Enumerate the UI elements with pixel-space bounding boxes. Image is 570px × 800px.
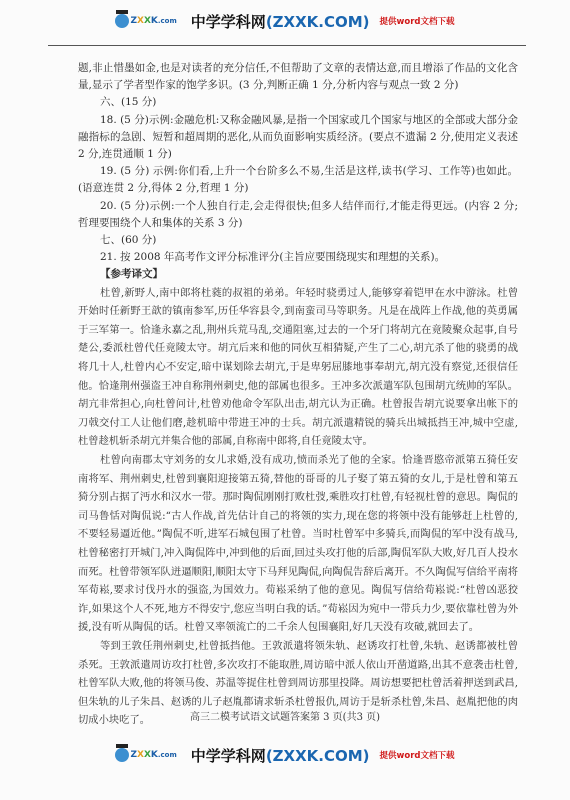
answer-continuation: 题,非止惜墨如金,也是对读者的充分信任,不但帮助了文章的表情达意,而且增添了作品… xyxy=(78,60,518,94)
site-name: 中学学科网(ZXXK.COM) xyxy=(191,745,370,766)
translation-paragraph-1: 杜曾,新野人,南中郎将杜蕤的叔祖的弟弟。年轻时骁勇过人,能够穿着铠甲在水中游泳。… xyxy=(78,284,518,451)
section-heading-6: 六、(15 分) xyxy=(78,94,518,111)
site-tagline: 提供word文档下载 xyxy=(380,749,455,761)
answer-q18: 18. (5 分)示例:金融危机:又称金融风暴,是指一个国家或几个国家与地区的全… xyxy=(78,112,518,164)
section-heading-7: 七、(60 分) xyxy=(78,232,518,249)
site-banner-top: ZXXK.com 中学学科网(ZXXK.COM) 提供word文档下载 xyxy=(0,8,570,34)
mascot-icon xyxy=(115,748,129,762)
mascot-icon xyxy=(115,14,129,28)
answer-q20: 20. (5 分)示例:一个人独自行走,会走得很快;但多人结伴而行,才能走得更远… xyxy=(78,198,518,232)
site-tagline: 提供word文档下载 xyxy=(380,15,455,27)
reference-translation-heading: 【参考译文】 xyxy=(78,266,518,283)
site-name: 中学学科网(ZXXK.COM) xyxy=(191,11,370,32)
zxxk-logo: ZXXK.com xyxy=(115,14,176,28)
zxxk-logo: ZXXK.com xyxy=(115,748,176,762)
translation-paragraph-2: 杜曾向南郡太守刘务的女儿求婚,没有成功,愤而杀光了他的全家。恰逢晋愍帝派第五猗任… xyxy=(78,451,518,637)
answer-q19: 19. (5 分) 示例:你们看,上升一个台阶多么不易,生活是这样,读书(学习、… xyxy=(78,163,518,197)
answer-content: 题,非止惜墨如金,也是对读者的充分信任,不但帮助了文章的表情达意,而且增添了作品… xyxy=(78,60,518,730)
site-banner-bottom: ZXXK.com 中学学科网(ZXXK.COM) 提供word文档下载 xyxy=(0,742,570,768)
answer-q21: 21. 按 2008 年高考作文评分标准评分(主旨应要围绕现实和理想的关系)。 xyxy=(78,249,518,266)
header-divider xyxy=(48,45,526,46)
page-number-footer: 高三二模考试语文试题答案第 3 页(共3 页) xyxy=(0,708,570,723)
